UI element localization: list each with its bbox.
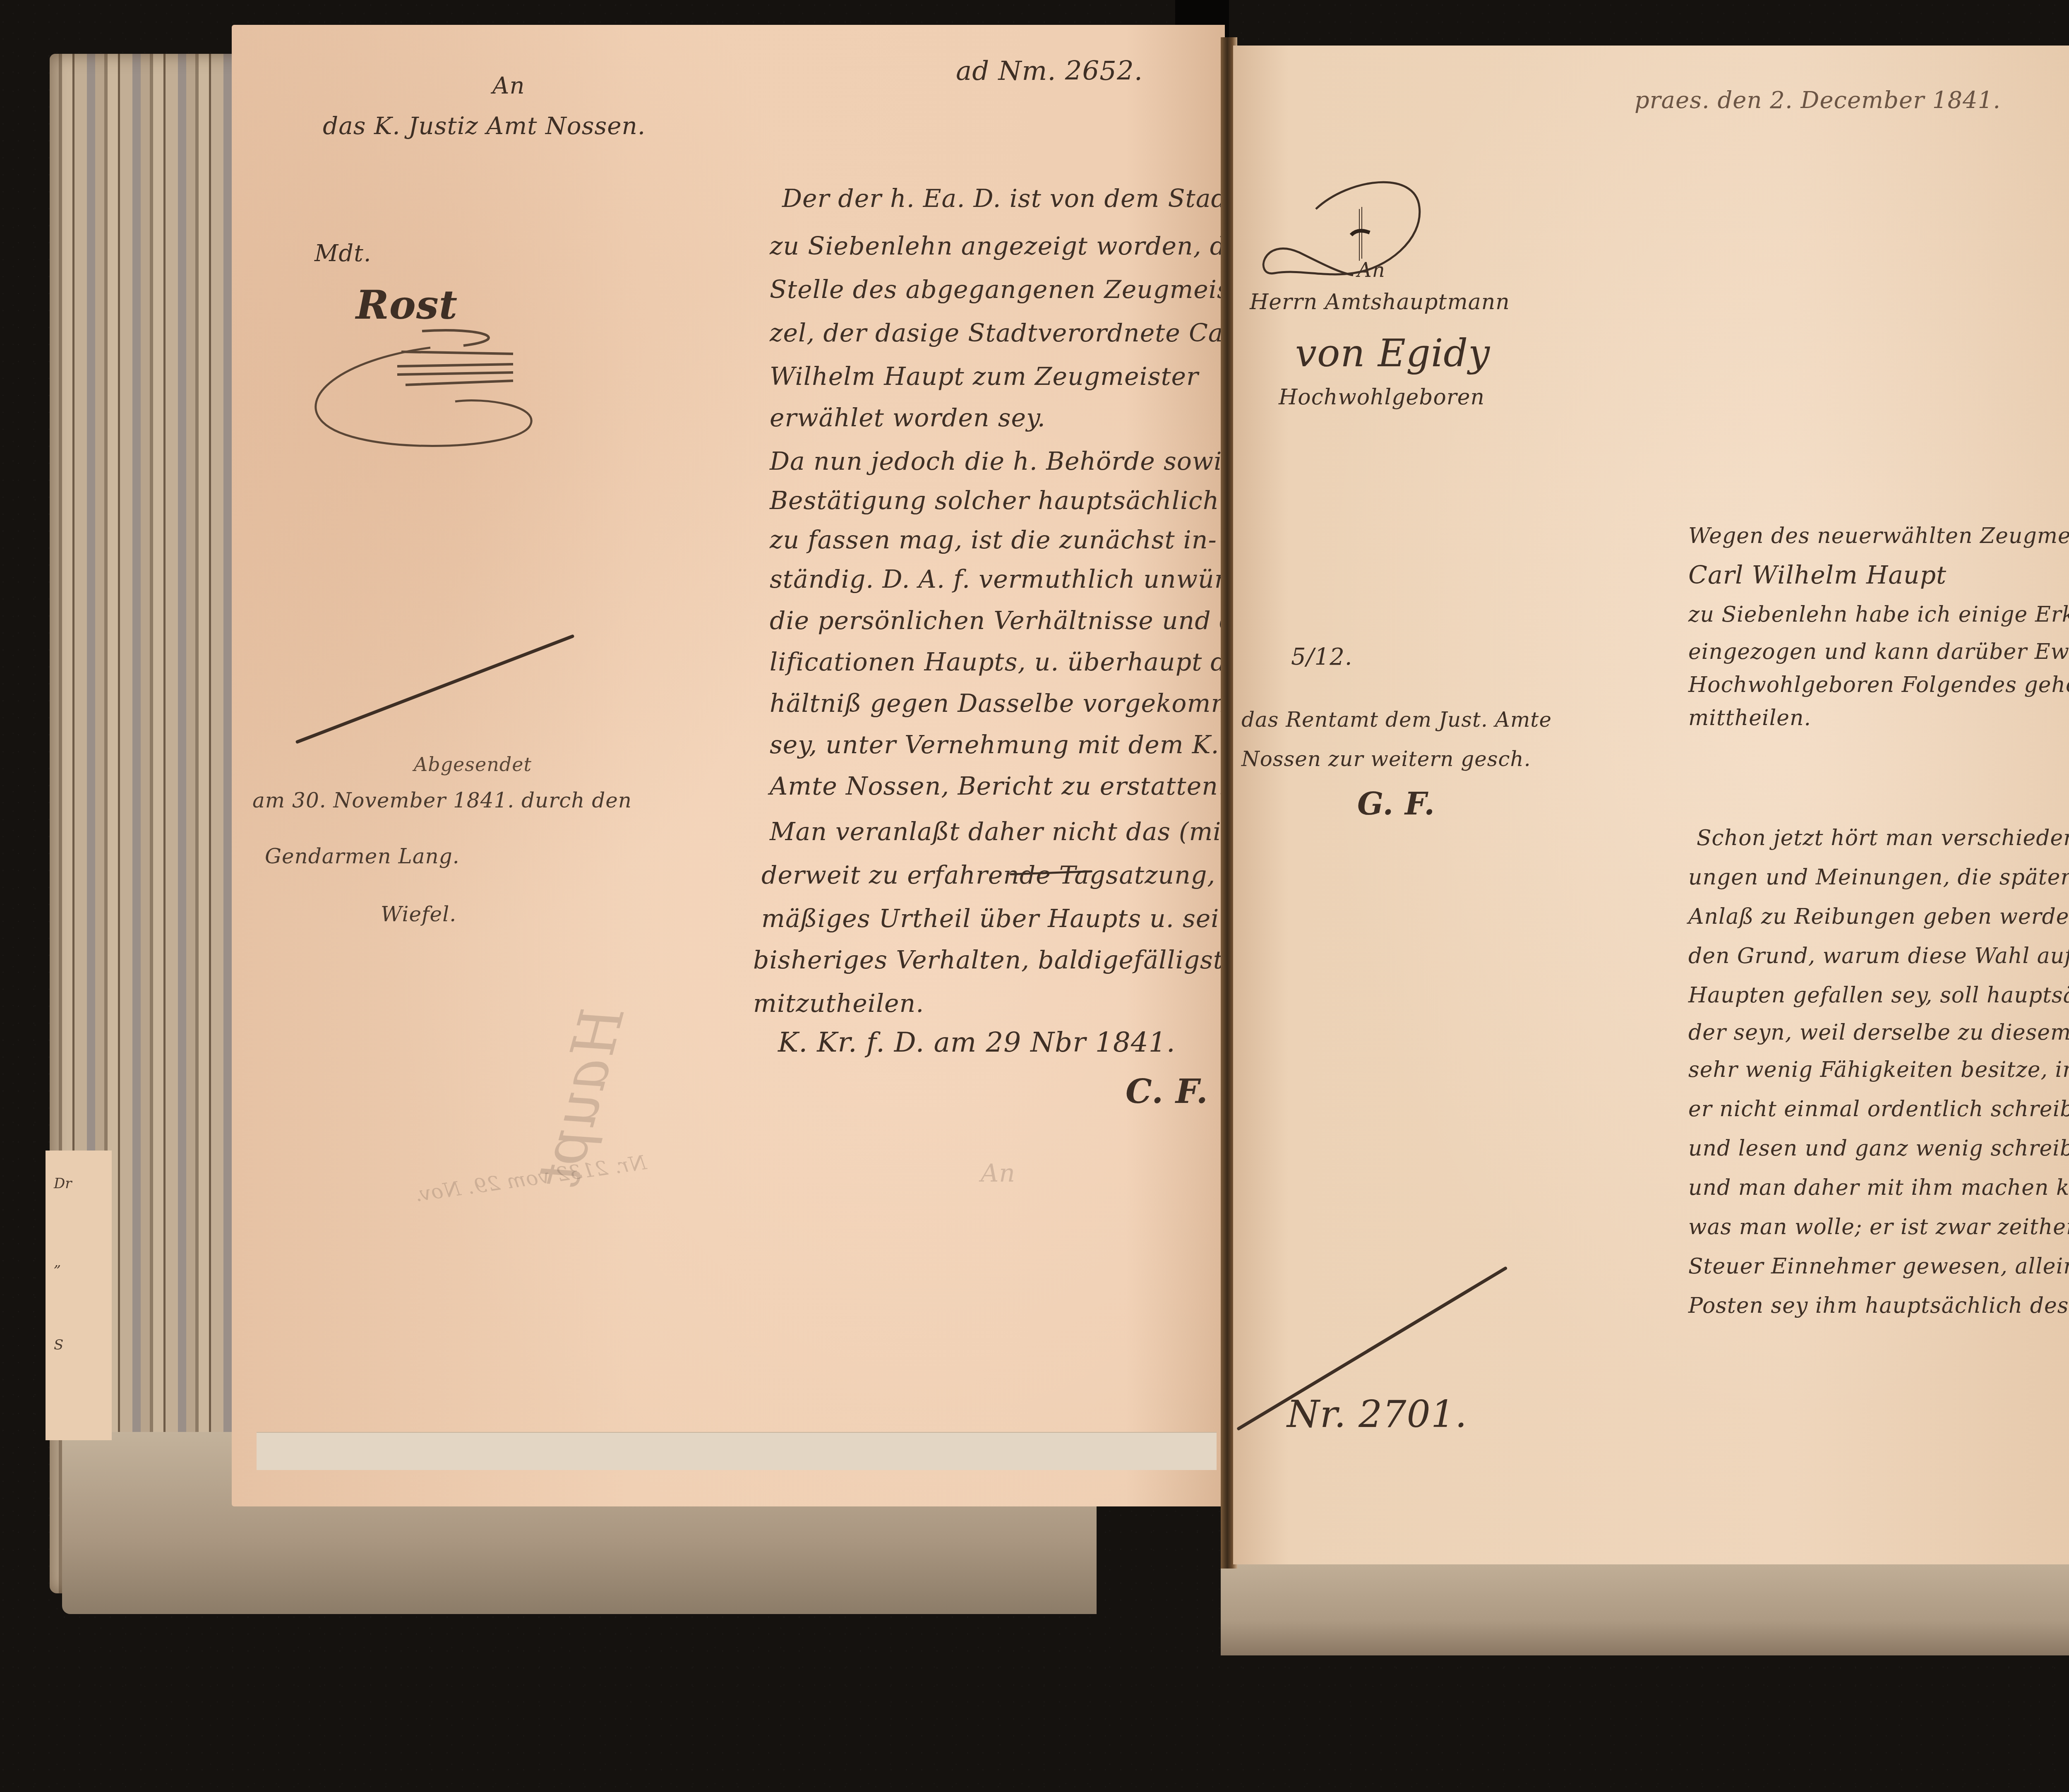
address-title: Herrn Amtshauptmann [1250,290,1510,315]
address-honorific: Hochwohlgeboren [1279,385,1485,410]
body-line: Wilhelm Haupt zum Zeugmeister [770,362,1199,391]
mundum-signature: Rost [356,281,458,328]
body-line: Da nun jedoch die h. Behörde sowie die [770,447,1285,476]
dispatch-line-3: Gendarmen Lang. [265,844,460,868]
body-line: den Grund, warum diese Wahl auf [1688,944,2069,968]
forward-note-line-1: das Rentamt dem Just. Amte [1241,708,1552,732]
body-line: Man veranlaßt daher nicht das (mi.) an- [770,817,1289,846]
body-line: er nicht einmal ordentlich schreiben [1688,1097,2069,1122]
body-line: mitzutheilen. [753,989,924,1018]
body-line: ständig. D. A. f. vermuthlich unwürdig [770,565,1267,594]
body-line: sey, unter Vernehmung mit dem K. Justiz [770,730,1300,759]
body-line: erwählet worden sey. [770,404,1046,432]
registry-number: Nr. 2701. [1287,1393,1467,1436]
closing-initials: C. F. [1126,1072,1208,1111]
reference-number: ad Nm. 2652. [956,56,1143,86]
bleedthrough-an: An [981,1159,1015,1188]
body-line: und lesen und ganz wenig schreiben könne [1688,1136,2069,1161]
body-line: mäßiges Urtheil über Haupts u. sein [761,904,1236,933]
body-line: Posten sey ihm hauptsächlich deshalb übe… [1688,1293,2069,1318]
closing-line: K. Kr. f. D. am 29 Nbr 1841. [778,1026,1176,1058]
body-line: eingezogen und kann darüber Ew. [1688,639,2069,664]
dispatch-line-2: am 30. November 1841. durch den [252,788,632,812]
body-line: Amte Nossen, Bericht zu erstatten. [770,772,1227,801]
left-page-underlying-slip [257,1432,1217,1470]
body-line: und man daher mit ihm machen könne, [1688,1175,2069,1200]
address-recipient: das K. Justiz Amt Nossen. [323,112,646,140]
body-line: Anlaß zu Reibungen geben werden; [1688,904,2069,929]
address-an: An [492,72,525,99]
forward-note-initials: G. F. [1357,786,1435,822]
decorative-initial-icon [1258,174,1432,306]
address-an-right: An [1357,259,1385,282]
body-line: was man wolle; er ist zwar zeither [1688,1215,2069,1240]
body-line: sehr wenig Fähigkeiten besitze, indem [1688,1057,2069,1082]
body-line: Haupten gefallen sey, soll hauptsächlich [1688,983,2069,1008]
date-fraction: 5/12. [1291,644,1353,670]
body-line: mittheilen. [1688,706,1811,730]
address-name: von Egidy [1295,331,1490,375]
body-line: ungen und Meinungen, die späterhin noch [1688,865,2069,890]
body-line: Carl Wilhelm Haupt [1688,561,1947,590]
left-folded-insert: Dr „ S [46,1151,112,1440]
body-line: zu Siebenlehn habe ich einige Erkundigun… [1688,602,2069,627]
received-stamp: praes. den 2. December 1841. [1635,87,2001,114]
forward-note-line-2: Nossen zur weitern gesch. [1241,747,1531,771]
body-line: Wegen des neuerwählten Zeugmeisters [1688,524,2069,548]
body-line: zu fassen mag, ist die zunächst in- [770,526,1217,555]
body-line: Schon jetzt hört man verschiedene Äußer- [1697,826,2069,850]
dispatch-line-1: Abgesendet [414,753,532,776]
body-line: Hochwohlgeboren Folgendes gehorsamst [1688,673,2069,697]
body-line: der seyn, weil derselbe zu diesem Amt [1688,1020,2069,1045]
body-line: Steuer Einnehmer gewesen, allein dieser [1688,1254,2069,1279]
body-line: hältniß gegen Dasselbe vorgekommen [770,689,1266,718]
signature-flourish-icon [298,323,567,455]
body-line: zel, der dasige Stadtverordnete Carl [770,319,1244,348]
dispatch-signature: Wiefel. [381,902,456,926]
mundum-note: Mdt. [314,240,372,267]
